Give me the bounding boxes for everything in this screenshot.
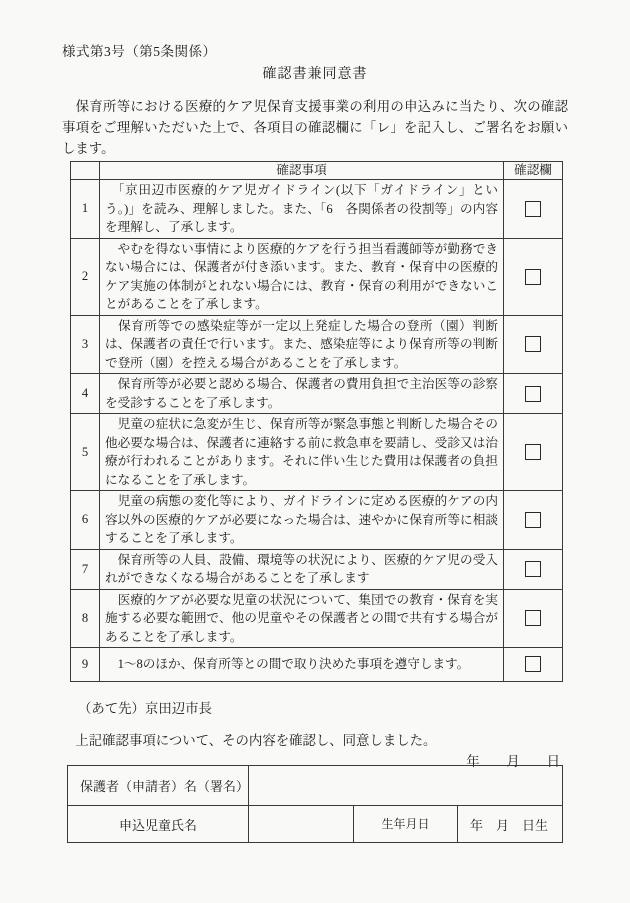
confirmation-check-cell <box>504 549 563 589</box>
confirmation-row: 2 やむを得ない事情により医療的ケアを行う担当看護師等が勤務できない場合には、保… <box>71 238 563 315</box>
confirmation-item-text: 医療的ケアが必要な児童の状況について、集団での教育・保育を実施する必要な範囲で、… <box>100 589 504 648</box>
confirmation-item-text: 「京田辺市医療的ケア児ガイドライン(以下「ガイドライン」という。)」を読み、理解… <box>100 180 504 239</box>
confirmation-row: 3 保育所等での感染症等が一定以上発症した場合の登所（園）判断は、保護者の責任で… <box>71 315 563 374</box>
confirmation-item-text: 1～8のほか、保育所等との間で取り決めた事項を遵守します。 <box>100 648 504 682</box>
guardian-signature-field[interactable] <box>249 766 563 806</box>
child-name-field[interactable] <box>249 806 354 843</box>
confirmation-check-cell <box>504 491 563 550</box>
item-column-header: 確認事項 <box>100 162 504 180</box>
row-number: 2 <box>71 238 100 315</box>
intro-paragraph: 保育所等における医療的ケア児保育支援事業の利用の申込みに当たり、次の確認事項をご… <box>62 96 568 159</box>
confirmation-row: 7 保育所等の人員、設備、環境等の状況により、医療的ケア児の受入れができなくなる… <box>71 549 563 589</box>
confirmation-row: 6 児童の病態の変化等により、ガイドラインに定める医療的ケアの内容以外の医療的ケ… <box>71 491 563 550</box>
addressee-line: （あて先）京田辺市長 <box>78 698 212 717</box>
confirmation-checkbox[interactable] <box>525 444 541 460</box>
row-number: 3 <box>71 315 100 374</box>
guardian-name-label: 保護者（申請者）名（署名） <box>68 766 249 806</box>
confirmation-item-text: やむを得ない事情により医療的ケアを行う担当看護師等が勤務できない場合には、保護者… <box>100 238 504 315</box>
confirmation-checkbox[interactable] <box>525 656 541 672</box>
birthdate-field[interactable]: 年 月 日生 <box>458 806 563 843</box>
child-row: 申込児童氏名 生年月日 年 月 日生 <box>68 806 563 843</box>
confirmation-checkbox[interactable] <box>525 201 541 217</box>
confirmation-item-text: 児童の病態の変化等により、ガイドラインに定める医療的ケアの内容以外の医療的ケアが… <box>100 491 504 550</box>
confirmation-check-cell <box>504 238 563 315</box>
confirmation-check-cell <box>504 180 563 239</box>
confirmation-check-cell <box>504 648 563 682</box>
confirmation-item-text: 保育所等での感染症等が一定以上発症した場合の登所（園）判断は、保護者の責任で行い… <box>100 315 504 374</box>
row-number: 6 <box>71 491 100 550</box>
number-column-header <box>71 162 100 180</box>
confirmation-checkbox[interactable] <box>525 269 541 285</box>
row-number: 5 <box>71 414 100 491</box>
row-number: 9 <box>71 648 100 682</box>
confirmation-checkbox[interactable] <box>525 386 541 402</box>
row-number: 4 <box>71 374 100 414</box>
confirmation-row: 4 保育所等が必要と認める場合、保護者の費用負担で主治医等の診察を受診することを… <box>71 374 563 414</box>
row-number: 1 <box>71 180 100 239</box>
birthdate-label: 生年月日 <box>353 806 458 843</box>
confirmation-check-cell <box>504 589 563 648</box>
row-number: 7 <box>71 549 100 589</box>
confirmation-checkbox[interactable] <box>525 610 541 626</box>
confirmation-table: 確認事項 確認欄 1 「京田辺市医療的ケア児ガイドライン(以下「ガイドライン」と… <box>70 161 563 682</box>
confirmation-row: 5 児童の症状に急変が生じ、保育所等が緊急事態と判断した場合その他必要な場合は、… <box>71 414 563 491</box>
consent-form-page: 様式第3号（第5条関係） 確認書兼同意書 保育所等における医療的ケア児保育支援事… <box>0 0 630 903</box>
confirmation-checkbox[interactable] <box>525 561 541 577</box>
confirmation-item-text: 児童の症状に急変が生じ、保育所等が緊急事態と判断した場合その他必要な場合は、保護… <box>100 414 504 491</box>
row-number: 8 <box>71 589 100 648</box>
confirmation-row: 8 医療的ケアが必要な児童の状況について、集団での教育・保育を実施する必要な範囲… <box>71 589 563 648</box>
child-name-label: 申込児童氏名 <box>68 806 249 843</box>
consent-statement: 上記確認事項について、その内容を確認し、同意しました。 <box>62 730 436 749</box>
confirmation-table-header: 確認事項 確認欄 <box>71 162 563 180</box>
confirmation-row: 1 「京田辺市医療的ケア児ガイドライン(以下「ガイドライン」という。)」を読み、… <box>71 180 563 239</box>
confirmation-check-cell <box>504 414 563 491</box>
page-title: 確認書兼同意書 <box>0 63 630 83</box>
confirmation-check-cell <box>504 374 563 414</box>
guardian-row: 保護者（申請者）名（署名） <box>68 766 563 806</box>
confirmation-checkbox[interactable] <box>525 336 541 352</box>
signature-table: 保護者（申請者）名（署名） 申込児童氏名 生年月日 年 月 日生 <box>67 765 563 843</box>
confirmation-rows: 1 「京田辺市医療的ケア児ガイドライン(以下「ガイドライン」という。)」を読み、… <box>71 180 563 682</box>
form-number: 様式第3号（第5条関係） <box>62 40 217 60</box>
confirmation-row: 9 1～8のほか、保育所等との間で取り決めた事項を遵守します。 <box>71 648 563 682</box>
confirmation-check-cell <box>504 315 563 374</box>
check-column-header: 確認欄 <box>504 162 563 180</box>
confirmation-item-text: 保育所等が必要と認める場合、保護者の費用負担で主治医等の診察を受診することを了承… <box>100 374 504 414</box>
confirmation-checkbox[interactable] <box>525 512 541 528</box>
confirmation-item-text: 保育所等の人員、設備、環境等の状況により、医療的ケア児の受入れができなくなる場合… <box>100 549 504 589</box>
